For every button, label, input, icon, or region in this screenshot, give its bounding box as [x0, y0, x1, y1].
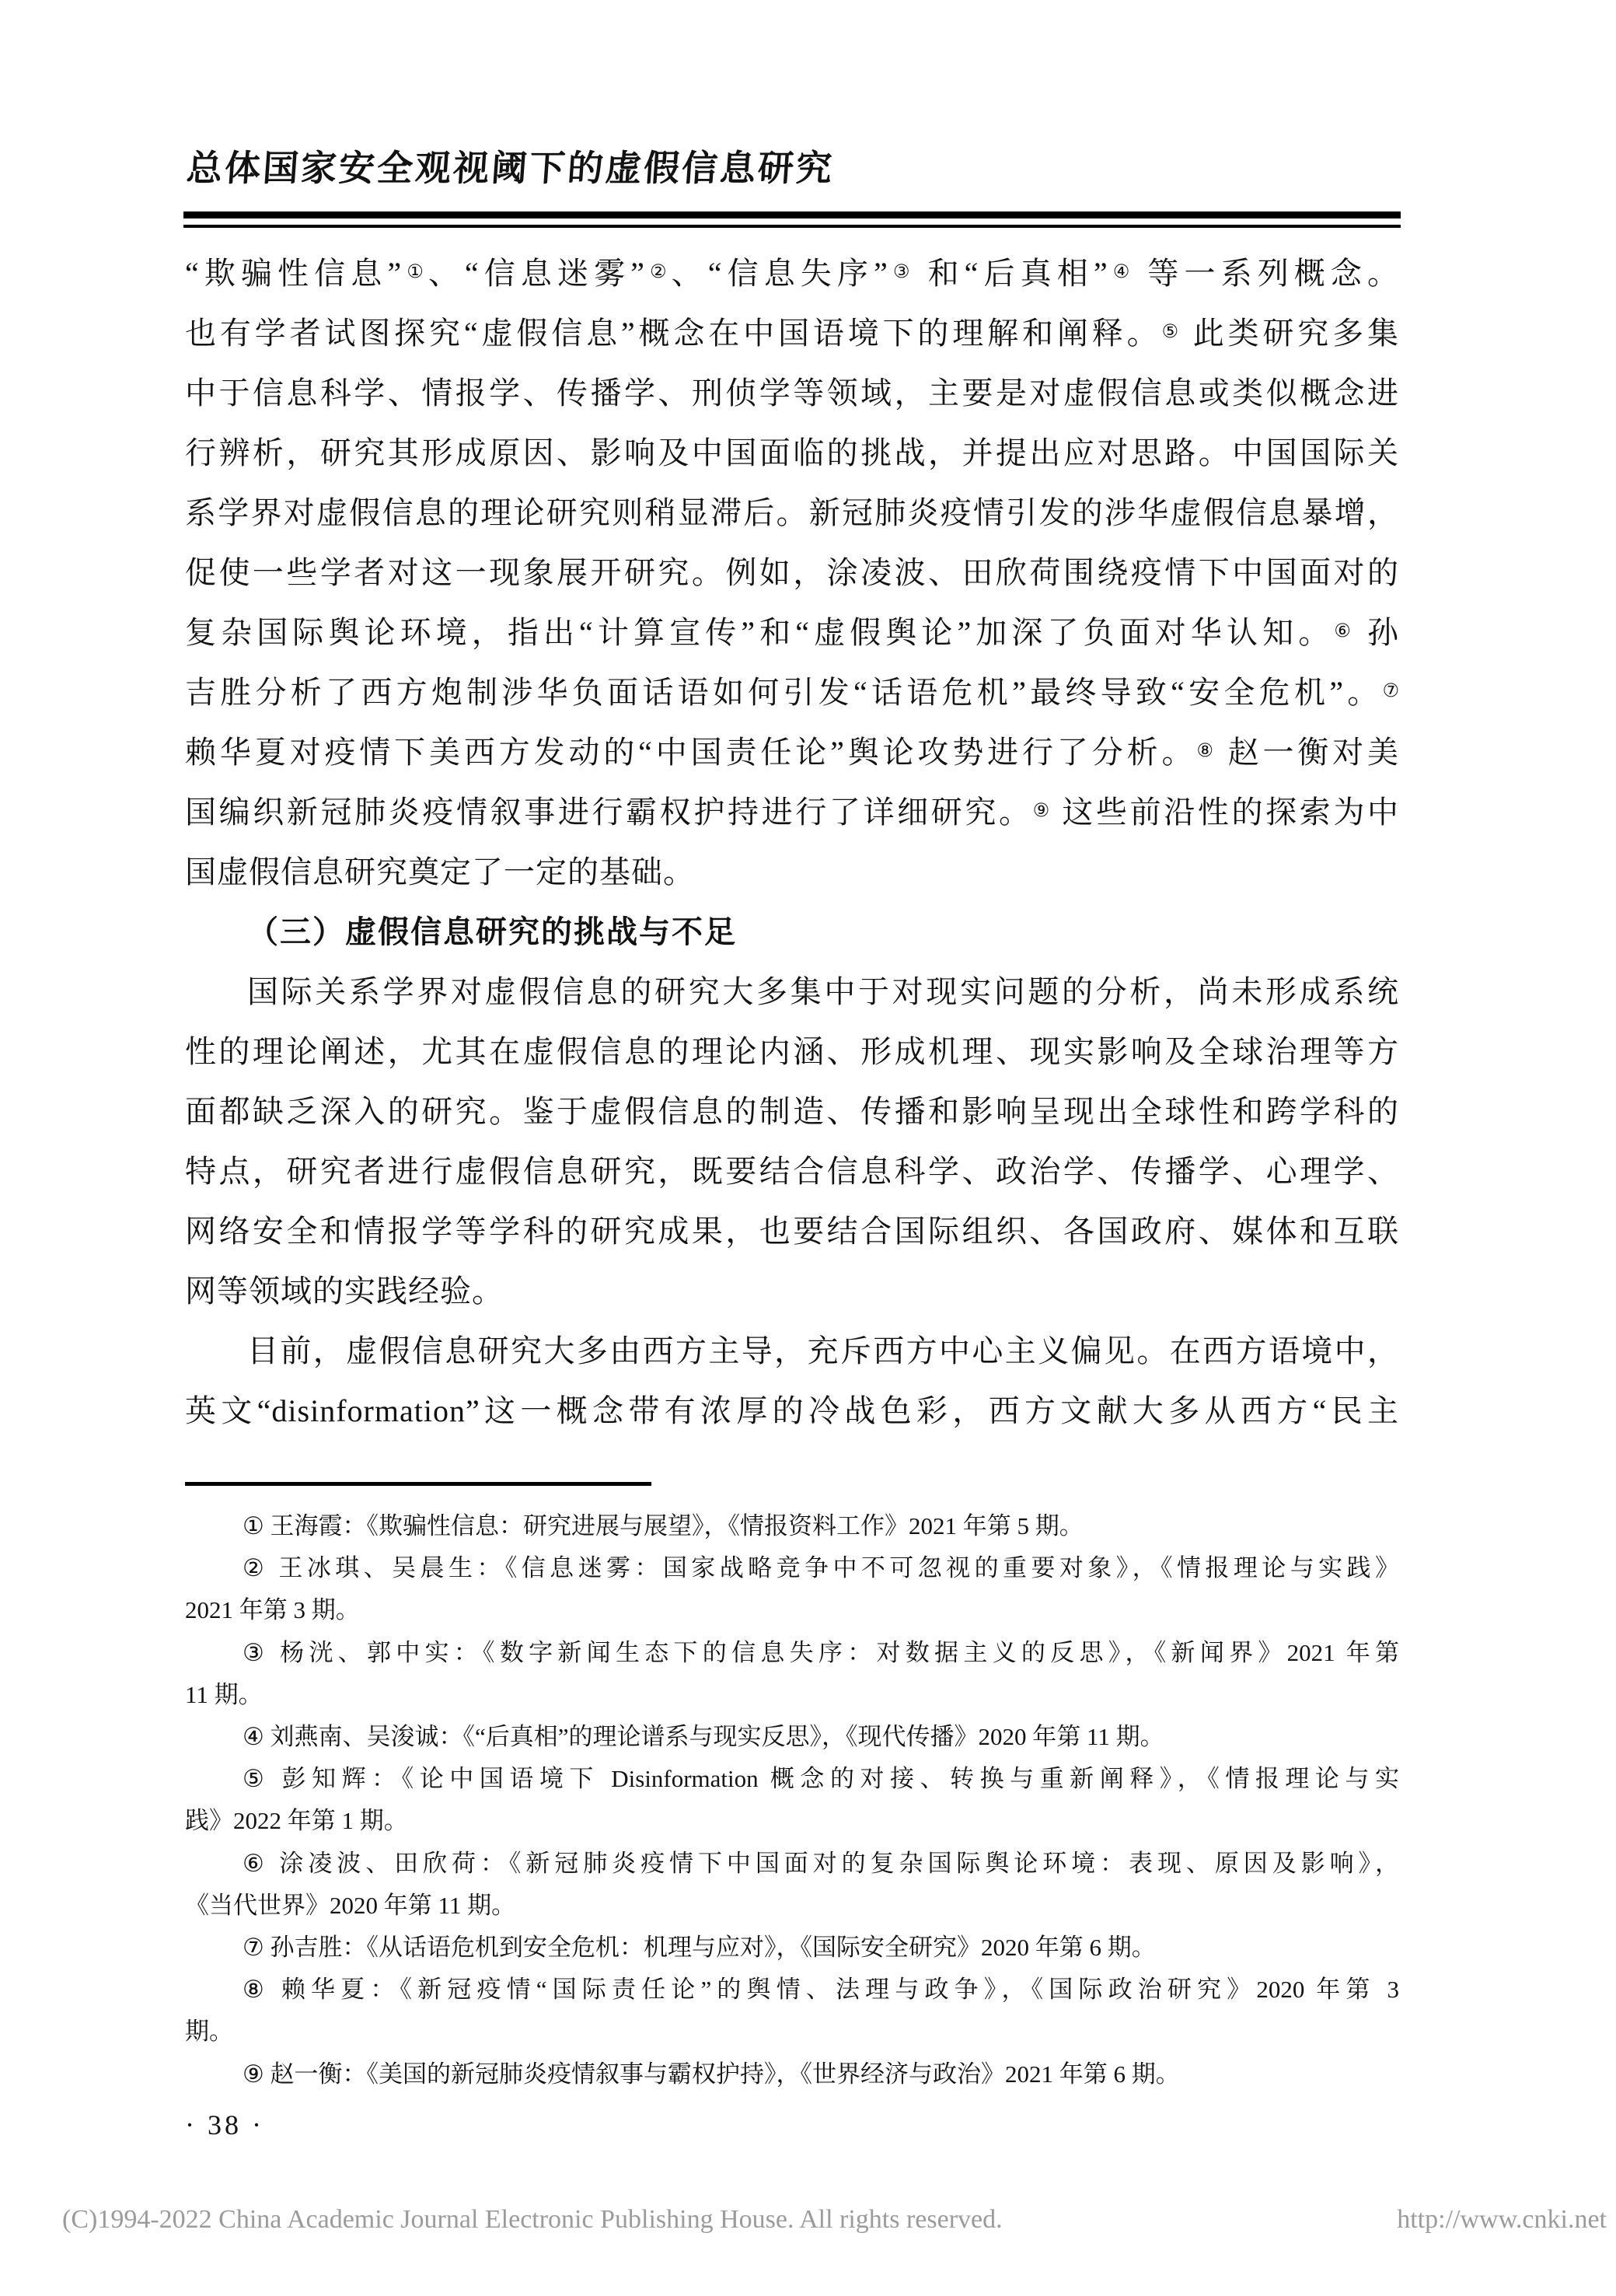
body-line: 国编织新冠肺炎疫情叙事进行霸权护持进行了详细研究。⑨ 这些前沿性的探索为中: [185, 782, 1399, 842]
footnote-separator-rule: [185, 1482, 651, 1486]
body-line: 性的理论阐述，尤其在虚假信息的理论内涵、形成机理、现实影响及全球治理等方: [185, 1022, 1399, 1082]
journal-page: 总体国家安全观视阈下的虚假信息研究 “欺骗性信息”①、“信息迷雾”②、“信息失序…: [0, 0, 1616, 2296]
body-line: 赖华夏对疫情下美西方发动的“中国责任论”舆论攻势进行了分析。⑧ 赵一衡对美: [185, 722, 1399, 782]
footnote-line: 2021 年第 3 期。: [185, 1589, 1399, 1631]
body-line: 国际关系学界对虚假信息的研究大多集中于对现实问题的分析，尚未形成系统: [185, 962, 1399, 1022]
body-line: 面都缺乏深入的研究。鉴于虚假信息的制造、传播和影响呈现出全球性和跨学科的: [185, 1082, 1399, 1141]
footnote-line: ⑥ 涂凌波、田欣荷：《新冠肺炎疫情下中国面对的复杂国际舆论环境：表现、原因及影响…: [185, 1843, 1399, 1885]
body-line: 也有学者试图探究“虚假信息”概念在中国语境下的理解和阐释。⑤ 此类研究多集: [185, 303, 1399, 363]
copyright-text: (C)1994-2022 China Academic Journal Elec…: [62, 2205, 1003, 2235]
body-line: 促使一些学者对这一现象展开研究。例如，涂凌波、田欣荷围绕疫情下中国面对的: [185, 543, 1399, 603]
body-line: 复杂国际舆论环境，指出“计算宣传”和“虚假舆论”加深了负面对华认知。⑥ 孙: [185, 603, 1399, 662]
body-text-block: “欺骗性信息”①、“信息迷雾”②、“信息失序”③ 和“后真相”④ 等一系列概念。…: [185, 243, 1399, 1441]
footnote-line: 《当代世界》2020 年第 11 期。: [185, 1885, 1399, 1927]
page-header-title: 总体国家安全观视阈下的虚假信息研究: [185, 140, 836, 191]
footnote-line: ① 王海霞：《欺骗性信息：研究进展与展望》，《情报资料工作》2021 年第 5 …: [185, 1505, 1399, 1547]
header-rule-thick: [183, 211, 1401, 218]
body-line: 系学界对虚假信息的理论研究则稍显滞后。新冠肺炎疫情引发的涉华虚假信息暴增，: [185, 483, 1399, 543]
body-line: 行辨析，研究其形成原因、影响及中国面临的挑战，并提出应对思路。中国国际关: [185, 423, 1399, 483]
footnote-line: ⑤ 彭知辉：《论中国语境下 Disinformation 概念的对接、转换与重新…: [185, 1758, 1399, 1800]
body-line: 目前，虚假信息研究大多由西方主导，充斥西方中心主义偏见。在西方语境中，: [185, 1321, 1399, 1381]
body-line: 英文“disinformation”这一概念带有浓厚的冷战色彩，西方文献大多从西…: [185, 1381, 1399, 1441]
section-heading: （三）虚假信息研究的挑战与不足: [185, 902, 1399, 962]
footnote-line: ⑨ 赵一衡：《美国的新冠肺炎疫情叙事与霸权护持》，《世界经济与政治》2021 年…: [185, 2053, 1399, 2095]
body-line: 网络安全和情报学等学科的研究成果，也要结合国际组织、各国政府、媒体和互联: [185, 1201, 1399, 1261]
body-line: 特点，研究者进行虚假信息研究，既要结合信息科学、政治学、传播学、心理学、: [185, 1141, 1399, 1201]
footnote-line: ⑧ 赖华夏：《新冠疫情“国际责任论”的舆情、法理与政争》，《国际政治研究》202…: [185, 1969, 1399, 2011]
body-line: 国虚假信息研究奠定了一定的基础。: [185, 842, 1399, 902]
footnotes-block: ① 王海霞：《欺骗性信息：研究进展与展望》，《情报资料工作》2021 年第 5 …: [185, 1505, 1399, 2095]
body-line: “欺骗性信息”①、“信息迷雾”②、“信息失序”③ 和“后真相”④ 等一系列概念。: [185, 243, 1399, 303]
header-rule-thin: [183, 225, 1401, 228]
cnki-url: http://www.cnki.net: [1397, 2205, 1607, 2235]
footnote-line: 期。: [185, 2011, 1399, 2053]
footnote-line: 践》2022 年第 1 期。: [185, 1800, 1399, 1842]
footnote-line: ⑦ 孙吉胜：《从话语危机到安全危机：机理与应对》，《国际安全研究》2020 年第…: [185, 1927, 1399, 1969]
page-number: · 38 ·: [185, 2109, 264, 2141]
footnote-line: ③ 杨洸、郭中实：《数字新闻生态下的信息失序：对数据主义的反思》，《新闻界》20…: [185, 1632, 1399, 1674]
footnote-line: 11 期。: [185, 1674, 1399, 1716]
footnote-line: ④ 刘燕南、吴浚诚：《“后真相”的理论谱系与现实反思》，《现代传播》2020 年…: [185, 1716, 1399, 1758]
watermark-footer: (C)1994-2022 China Academic Journal Elec…: [62, 2205, 1607, 2235]
body-line: 网等领域的实践经验。: [185, 1261, 1399, 1321]
footnote-line: ② 王冰琪、吴晨生：《信息迷雾：国家战略竞争中不可忽视的重要对象》，《情报理论与…: [185, 1547, 1399, 1589]
body-line: 吉胜分析了西方炮制涉华负面话语如何引发“话语危机”最终导致“安全危机”。⑦: [185, 662, 1399, 722]
body-line: 中于信息科学、情报学、传播学、刑侦学等领域，主要是对虚假信息或类似概念进: [185, 363, 1399, 423]
